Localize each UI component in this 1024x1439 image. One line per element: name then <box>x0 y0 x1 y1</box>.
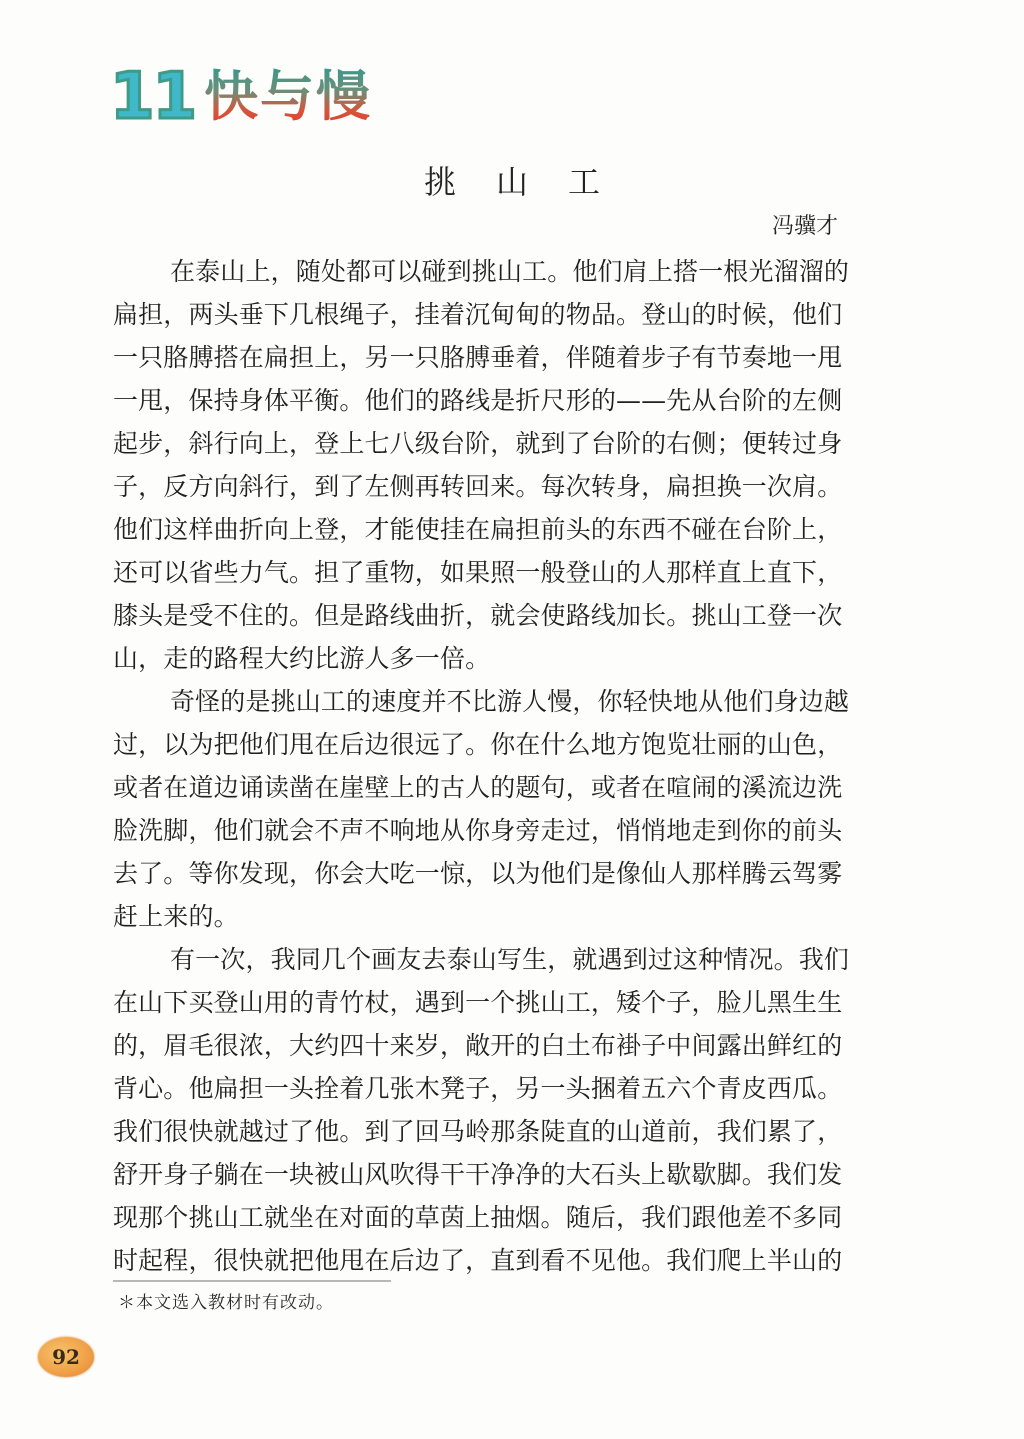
article-author: 冯骥才 <box>772 212 838 242</box>
page-number-badge: 92 <box>38 1337 94 1377</box>
page-number: 92 <box>52 1345 80 1369</box>
text-line: 舒开身子躺在一块被山风吹得干干净净的大石头上歇歇脚。我们发 <box>113 1153 913 1196</box>
article-body: 在泰山上，随处都可以碰到挑山工。他们肩上搭一根光溜溜的 扁担，两头垂下几根绳子，… <box>113 250 913 1282</box>
text-line: 背心。他扁担一头拴着几张木凳子，另一头捆着五六个青皮西瓜。 <box>113 1067 913 1110</box>
text-line: 的，眉毛很浓，大约四十来岁，敞开的白土布褂子中间露出鲜红的 <box>113 1024 913 1067</box>
text-line: 还可以省些力气。担了重物，如果照一般登山的人那样直上直下， <box>113 551 913 594</box>
article-title: 挑山工 <box>0 160 1024 204</box>
unit-heading: 11 快与慢 <box>110 62 372 132</box>
text-line: 起步，斜行向上，登上七八级台阶，就到了台阶的右侧；便转过身 <box>113 422 913 465</box>
text-line: 有一次，我同几个画友去泰山写生，就遇到过这种情况。我们 <box>113 938 913 981</box>
text-line: 一只胳膊搭在扁担上，另一只胳膊垂着，伴随着步子有节奏地一甩 <box>113 336 913 379</box>
text-line: 去了。等你发现，你会大吃一惊，以为他们是像仙人那样腾云驾雾 <box>113 852 913 895</box>
text-line: 时起程，很快就把他甩在后边了，直到看不见他。我们爬上半山的 <box>113 1239 913 1282</box>
text-line: 一甩，保持身体平衡。他们的路线是折尺形的——先从台阶的左侧 <box>113 379 913 422</box>
text-line: 膝头是受不住的。但是路线曲折，就会使路线加长。挑山工登一次 <box>113 594 913 637</box>
text-line: 奇怪的是挑山工的速度并不比游人慢，你轻快地从他们身边越 <box>113 680 913 723</box>
text-line: 脸洗脚，他们就会不声不响地从你身旁走过，悄悄地走到你的前头 <box>113 809 913 852</box>
footnote-divider <box>113 1280 391 1282</box>
text-line: 子，反方向斜行，到了左侧再转回来。每次转身，扁担换一次肩。 <box>113 465 913 508</box>
text-line: 山，走的路程大约比游人多一倍。 <box>113 637 913 680</box>
text-line: 我们很快就越过了他。到了回马岭那条陡直的山道前，我们累了， <box>113 1110 913 1153</box>
text-line: 过，以为把他们甩在后边很远了。你在什么地方饱览壮丽的山色， <box>113 723 913 766</box>
text-line: 扁担，两头垂下几根绳子，挂着沉甸甸的物品。登山的时候，他们 <box>113 293 913 336</box>
unit-number: 11 <box>110 62 192 132</box>
text-line: 在泰山上，随处都可以碰到挑山工。他们肩上搭一根光溜溜的 <box>113 250 913 293</box>
text-line: 或者在道边诵读凿在崖壁上的古人的题句，或者在喧闹的溪流边洗 <box>113 766 913 809</box>
text-line: 他们这样曲折向上登，才能使挂在扁担前头的东西不碰在台阶上， <box>113 508 913 551</box>
text-line: 现那个挑山工就坐在对面的草茵上抽烟。随后，我们跟他差不多同 <box>113 1196 913 1239</box>
text-line: 赶上来的。 <box>113 895 913 938</box>
unit-title: 快与慢 <box>204 62 372 132</box>
text-line: 在山下买登山用的青竹杖，遇到一个挑山工，矮个子，脸儿黑生生 <box>113 981 913 1024</box>
footnote: ＊本文选入教材时有改动。 <box>118 1290 334 1316</box>
